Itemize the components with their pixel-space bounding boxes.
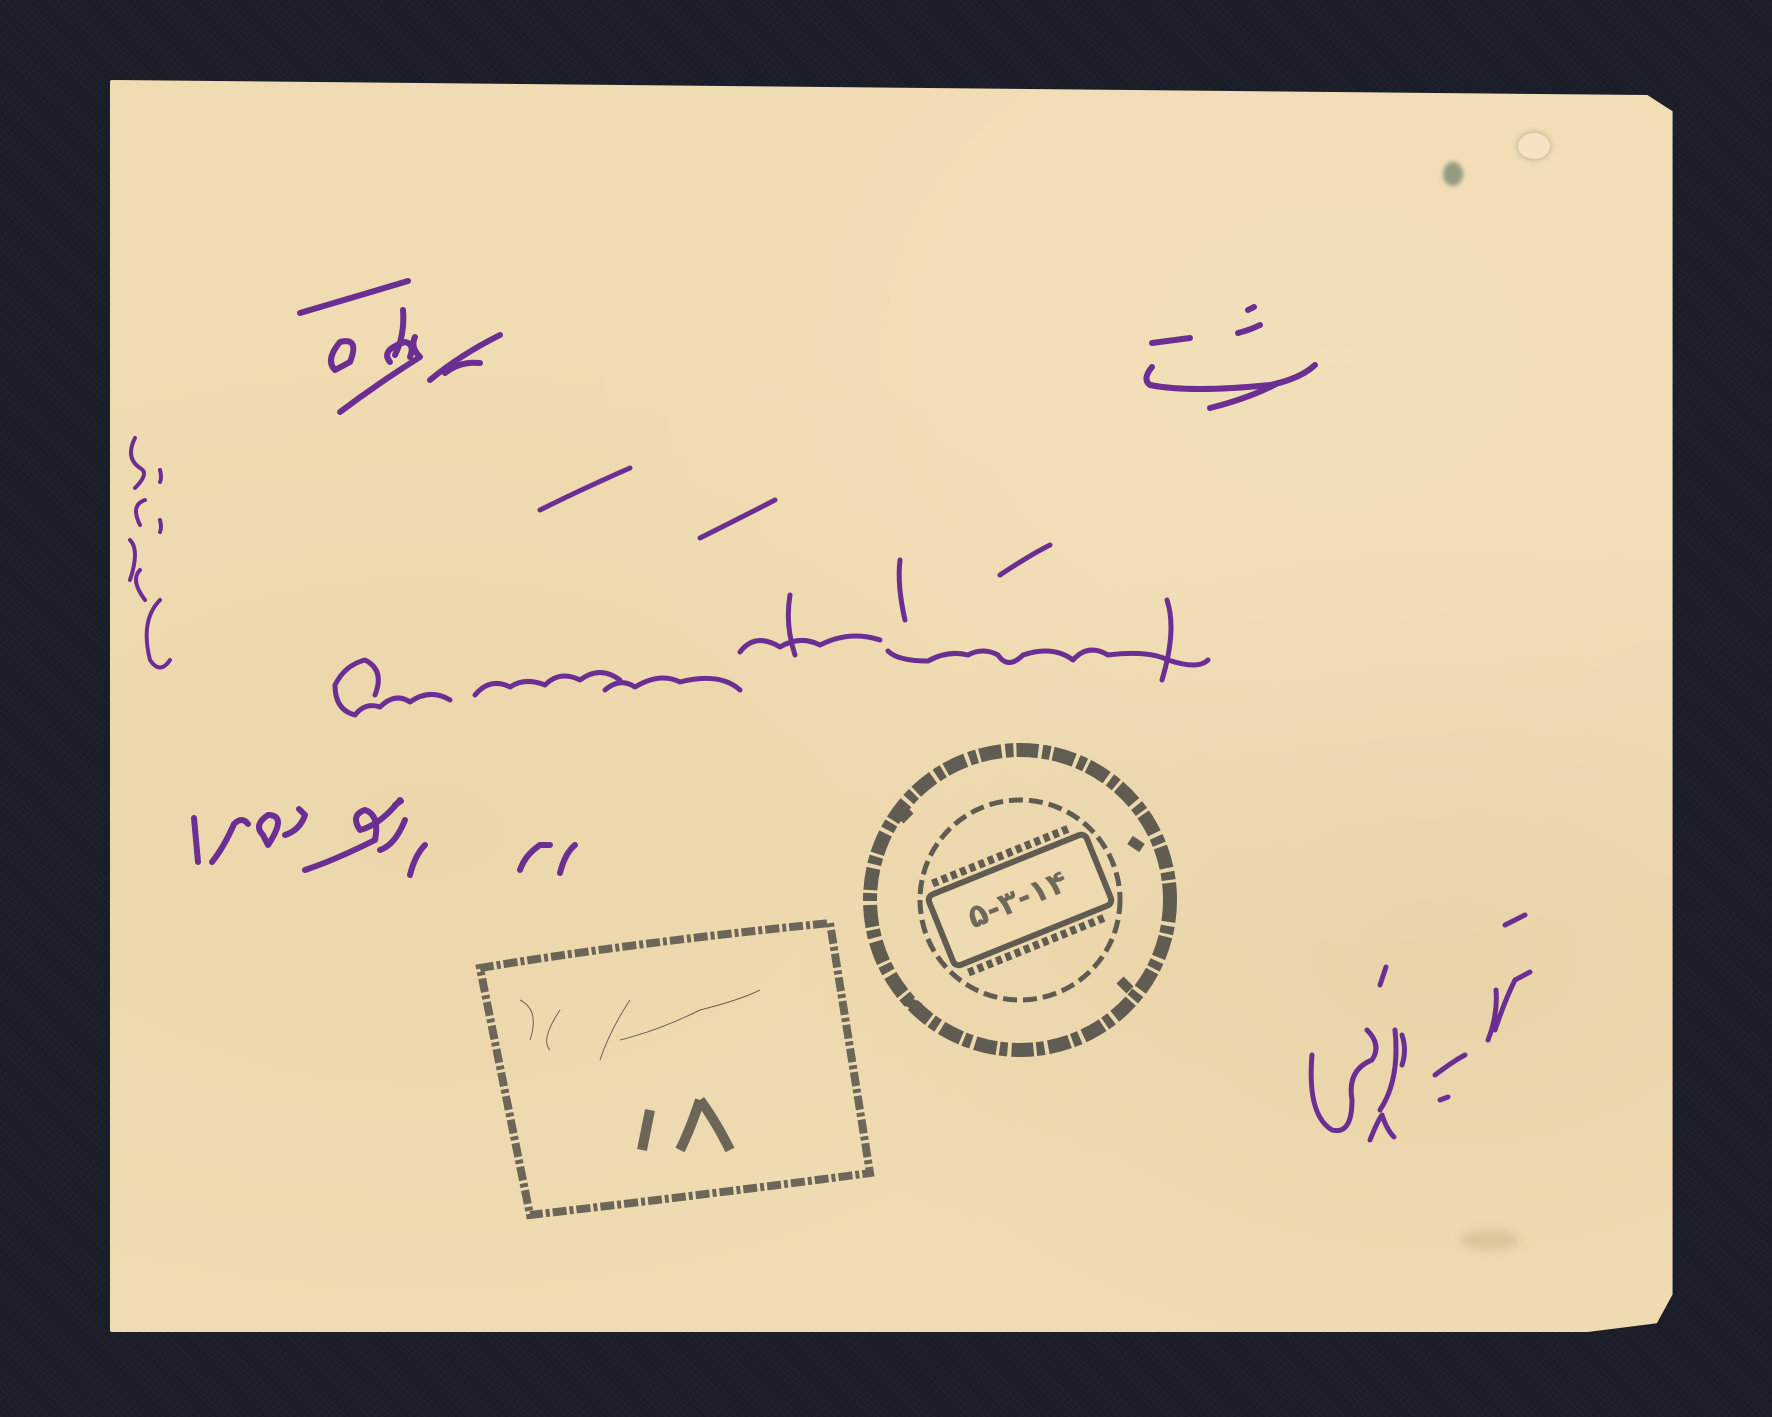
paper-tear [1518,133,1550,159]
mold-spot [1443,162,1463,186]
stain [1460,1230,1520,1250]
envelope [110,80,1682,1332]
